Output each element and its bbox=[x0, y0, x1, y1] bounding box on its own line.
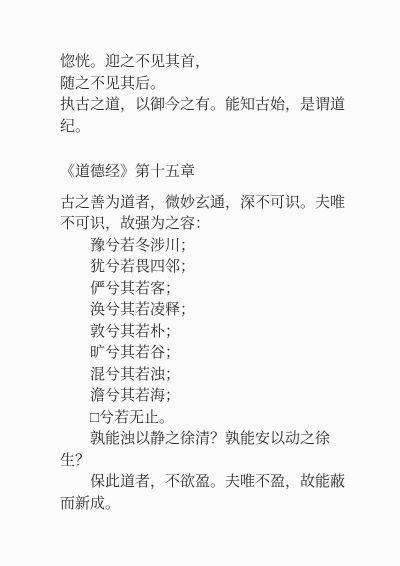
chapter-heading: 《道德经》第十五章 bbox=[60, 162, 352, 184]
text-line-simile: 澹兮其若海； bbox=[60, 386, 352, 408]
text-line-simile: 旷兮其若谷； bbox=[60, 343, 352, 365]
text-line: 纪。 bbox=[60, 117, 352, 139]
text-line: 执古之道，以御今之有。能知古始，是谓道 bbox=[60, 95, 352, 117]
text-line: 而新成。 bbox=[60, 494, 352, 516]
chapter-body: 古之善为道者，微妙玄通，深不可识。夫唯 不可识，故强为之容： 豫兮若冬涉川； 犹… bbox=[60, 193, 352, 516]
text-line: 古之善为道者，微妙玄通，深不可识。夫唯 bbox=[60, 193, 352, 215]
document-page: 惚恍。迎之不见其首， 随之不见其后。 执古之道，以御今之有。能知古始，是谓道 纪… bbox=[0, 0, 400, 566]
text-line: 保此道者，不欲盈。夫唯不盈，故能蔽 bbox=[60, 472, 352, 494]
text-line: 生？ bbox=[60, 451, 352, 473]
text-line-simile: □兮若无止。 bbox=[60, 408, 352, 430]
text-line-simile: 敦兮其若朴； bbox=[60, 322, 352, 344]
text-line-simile: 混兮其若浊； bbox=[60, 365, 352, 387]
paragraph-previous-chapter-end: 惚恍。迎之不见其首， 随之不见其后。 执古之道，以御今之有。能知古始，是谓道 纪… bbox=[60, 52, 352, 138]
text-line-simile: 涣兮其若凌释； bbox=[60, 300, 352, 322]
text-line: 孰能浊以静之徐清？孰能安以动之徐 bbox=[60, 429, 352, 451]
text-line-simile: 犹兮若畏四邻； bbox=[60, 257, 352, 279]
text-line: 不可识，故强为之容： bbox=[60, 214, 352, 236]
text-line: 随之不见其后。 bbox=[60, 74, 352, 96]
text-line-simile: 俨兮其若客； bbox=[60, 279, 352, 301]
page-content: 惚恍。迎之不见其首， 随之不见其后。 执古之道，以御今之有。能知古始，是谓道 纪… bbox=[60, 52, 352, 515]
text-line: 惚恍。迎之不见其首， bbox=[60, 52, 352, 74]
text-line-simile: 豫兮若冬涉川； bbox=[60, 236, 352, 258]
